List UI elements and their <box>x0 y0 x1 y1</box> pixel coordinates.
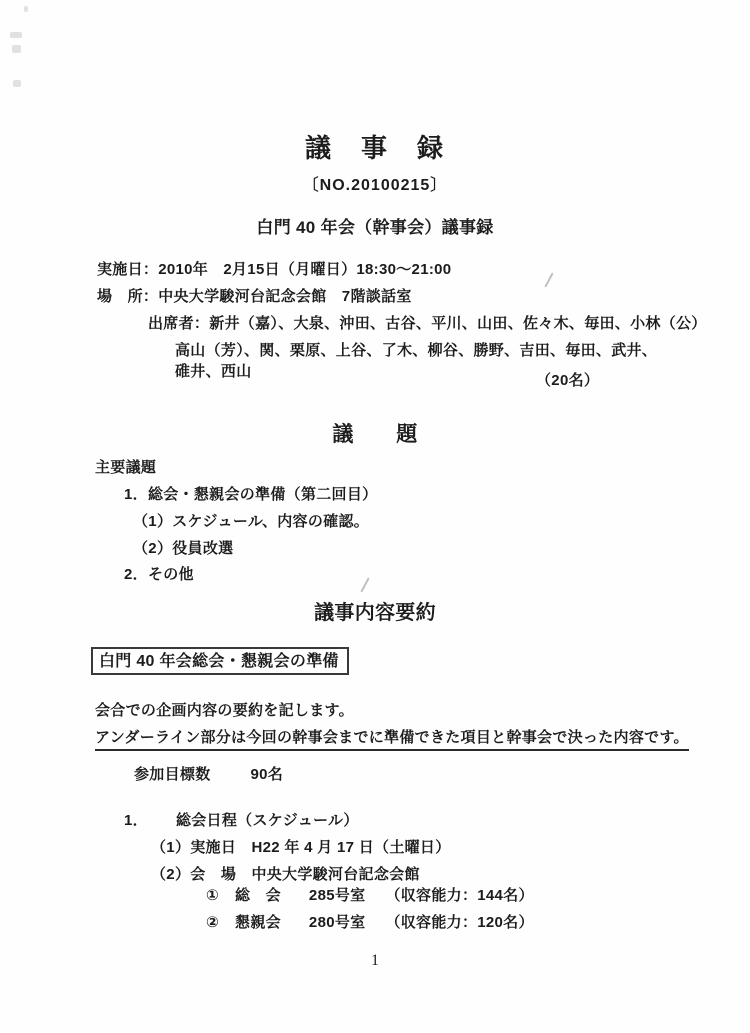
schedule-heading: 1．総会日程（スケジュール） <box>124 809 359 830</box>
summary-heading: 議事内容要約 <box>0 596 750 625</box>
agenda-label: 主要議題 <box>95 456 156 477</box>
scan-artifact <box>360 577 369 592</box>
meeting-place: 場 所：中央大学駿河台記念会館 7階談話室 <box>97 285 412 306</box>
attendee-count: （20名） <box>536 369 599 390</box>
agenda-item-1-sub-1: （1）スケジュール、内容の確認。 <box>133 510 369 531</box>
doc-title: 議 事 録 <box>0 128 750 165</box>
attendees-label: 出席者： <box>148 315 209 332</box>
schedule-line-1: （1）実施日 H22 年 4 月 17 日（土曜日） <box>151 836 451 857</box>
summary-boxed-title-wrap: 白門 40 年会総会・懇親会の準備 <box>91 648 349 671</box>
room-1-name: 総 会 <box>235 887 281 904</box>
attendees-line-1: 出席者：新井（嘉）、大泉、沖田、古谷、平川、山田、佐々木、毎田、小林（公） <box>148 312 707 333</box>
room-1-capacity: （収容能力：144名） <box>385 887 533 904</box>
doc-number: 〔NO.20100215〕 <box>0 172 750 195</box>
room-2-name: 懇親会 <box>235 914 281 931</box>
scan-artifact <box>13 80 21 87</box>
schedule-number: 1． <box>124 812 148 829</box>
scan-artifact <box>12 45 21 53</box>
agenda-item-1: 1．総会・懇親会の準備（第二回目） <box>124 483 377 504</box>
room-line-1: ①総 会285号室（収容能力：144名） <box>206 884 534 905</box>
room-line-2: ②懇親会280号室（収容能力：120名） <box>206 911 534 932</box>
room-2-number: 280号室 <box>309 914 366 931</box>
summary-intro-2: アンダーライン部分は今回の幹事会までに準備できた項目と幹事会で決った内容です。 <box>95 729 689 751</box>
agenda-heading: 議 題 <box>0 418 750 448</box>
schedule-title: 総会日程（スケジュール） <box>176 812 359 829</box>
summary-boxed-title: 白門 40 年会総会・懇親会の準備 <box>91 647 349 675</box>
agenda-item-1-sub-2: （2）役員改選 <box>133 537 233 558</box>
room-1-number: 285号室 <box>309 887 366 904</box>
meeting-date: 実施日：2010年 2月15日（月曜日）18:30～21:00 <box>97 258 451 279</box>
target-value: 90名 <box>251 766 284 783</box>
room-1-marker: ① <box>206 887 219 904</box>
scan-artifact <box>24 6 28 12</box>
attendees-line-3: 碓井、西山 <box>175 360 252 381</box>
doc-subtitle: 白門 40 年会（幹事会）議事録 <box>0 213 750 238</box>
target-line: 参加目標数90名 <box>134 763 283 784</box>
room-2-marker: ② <box>206 914 219 931</box>
summary-intro-1: 会合での企画内容の要約を記します。 <box>95 699 354 720</box>
attendees-line-2: 高山（芳）、関、栗原、上谷、了木、柳谷、勝野、吉田、毎田、武井、 <box>175 339 657 360</box>
page-number: 1 <box>0 952 750 970</box>
attendees-names-1: 新井（嘉）、大泉、沖田、古谷、平川、山田、佐々木、毎田、小林（公） <box>209 315 706 332</box>
room-2-capacity: （収容能力：120名） <box>385 914 533 931</box>
schedule-line-2: （2）会 場 中央大学駿河台記念会館 <box>151 863 420 884</box>
scan-artifact <box>544 272 553 287</box>
agenda-item-2: 2．その他 <box>124 563 194 584</box>
scanned-minutes-page: 議 事 録 〔NO.20100215〕 白門 40 年会（幹事会）議事録 実施日… <box>0 0 750 1033</box>
scan-artifact <box>10 32 22 38</box>
summary-intro-2-wrap: アンダーライン部分は今回の幹事会までに準備できた項目と幹事会で決った内容です。 <box>95 726 689 747</box>
target-label: 参加目標数 <box>134 766 211 783</box>
